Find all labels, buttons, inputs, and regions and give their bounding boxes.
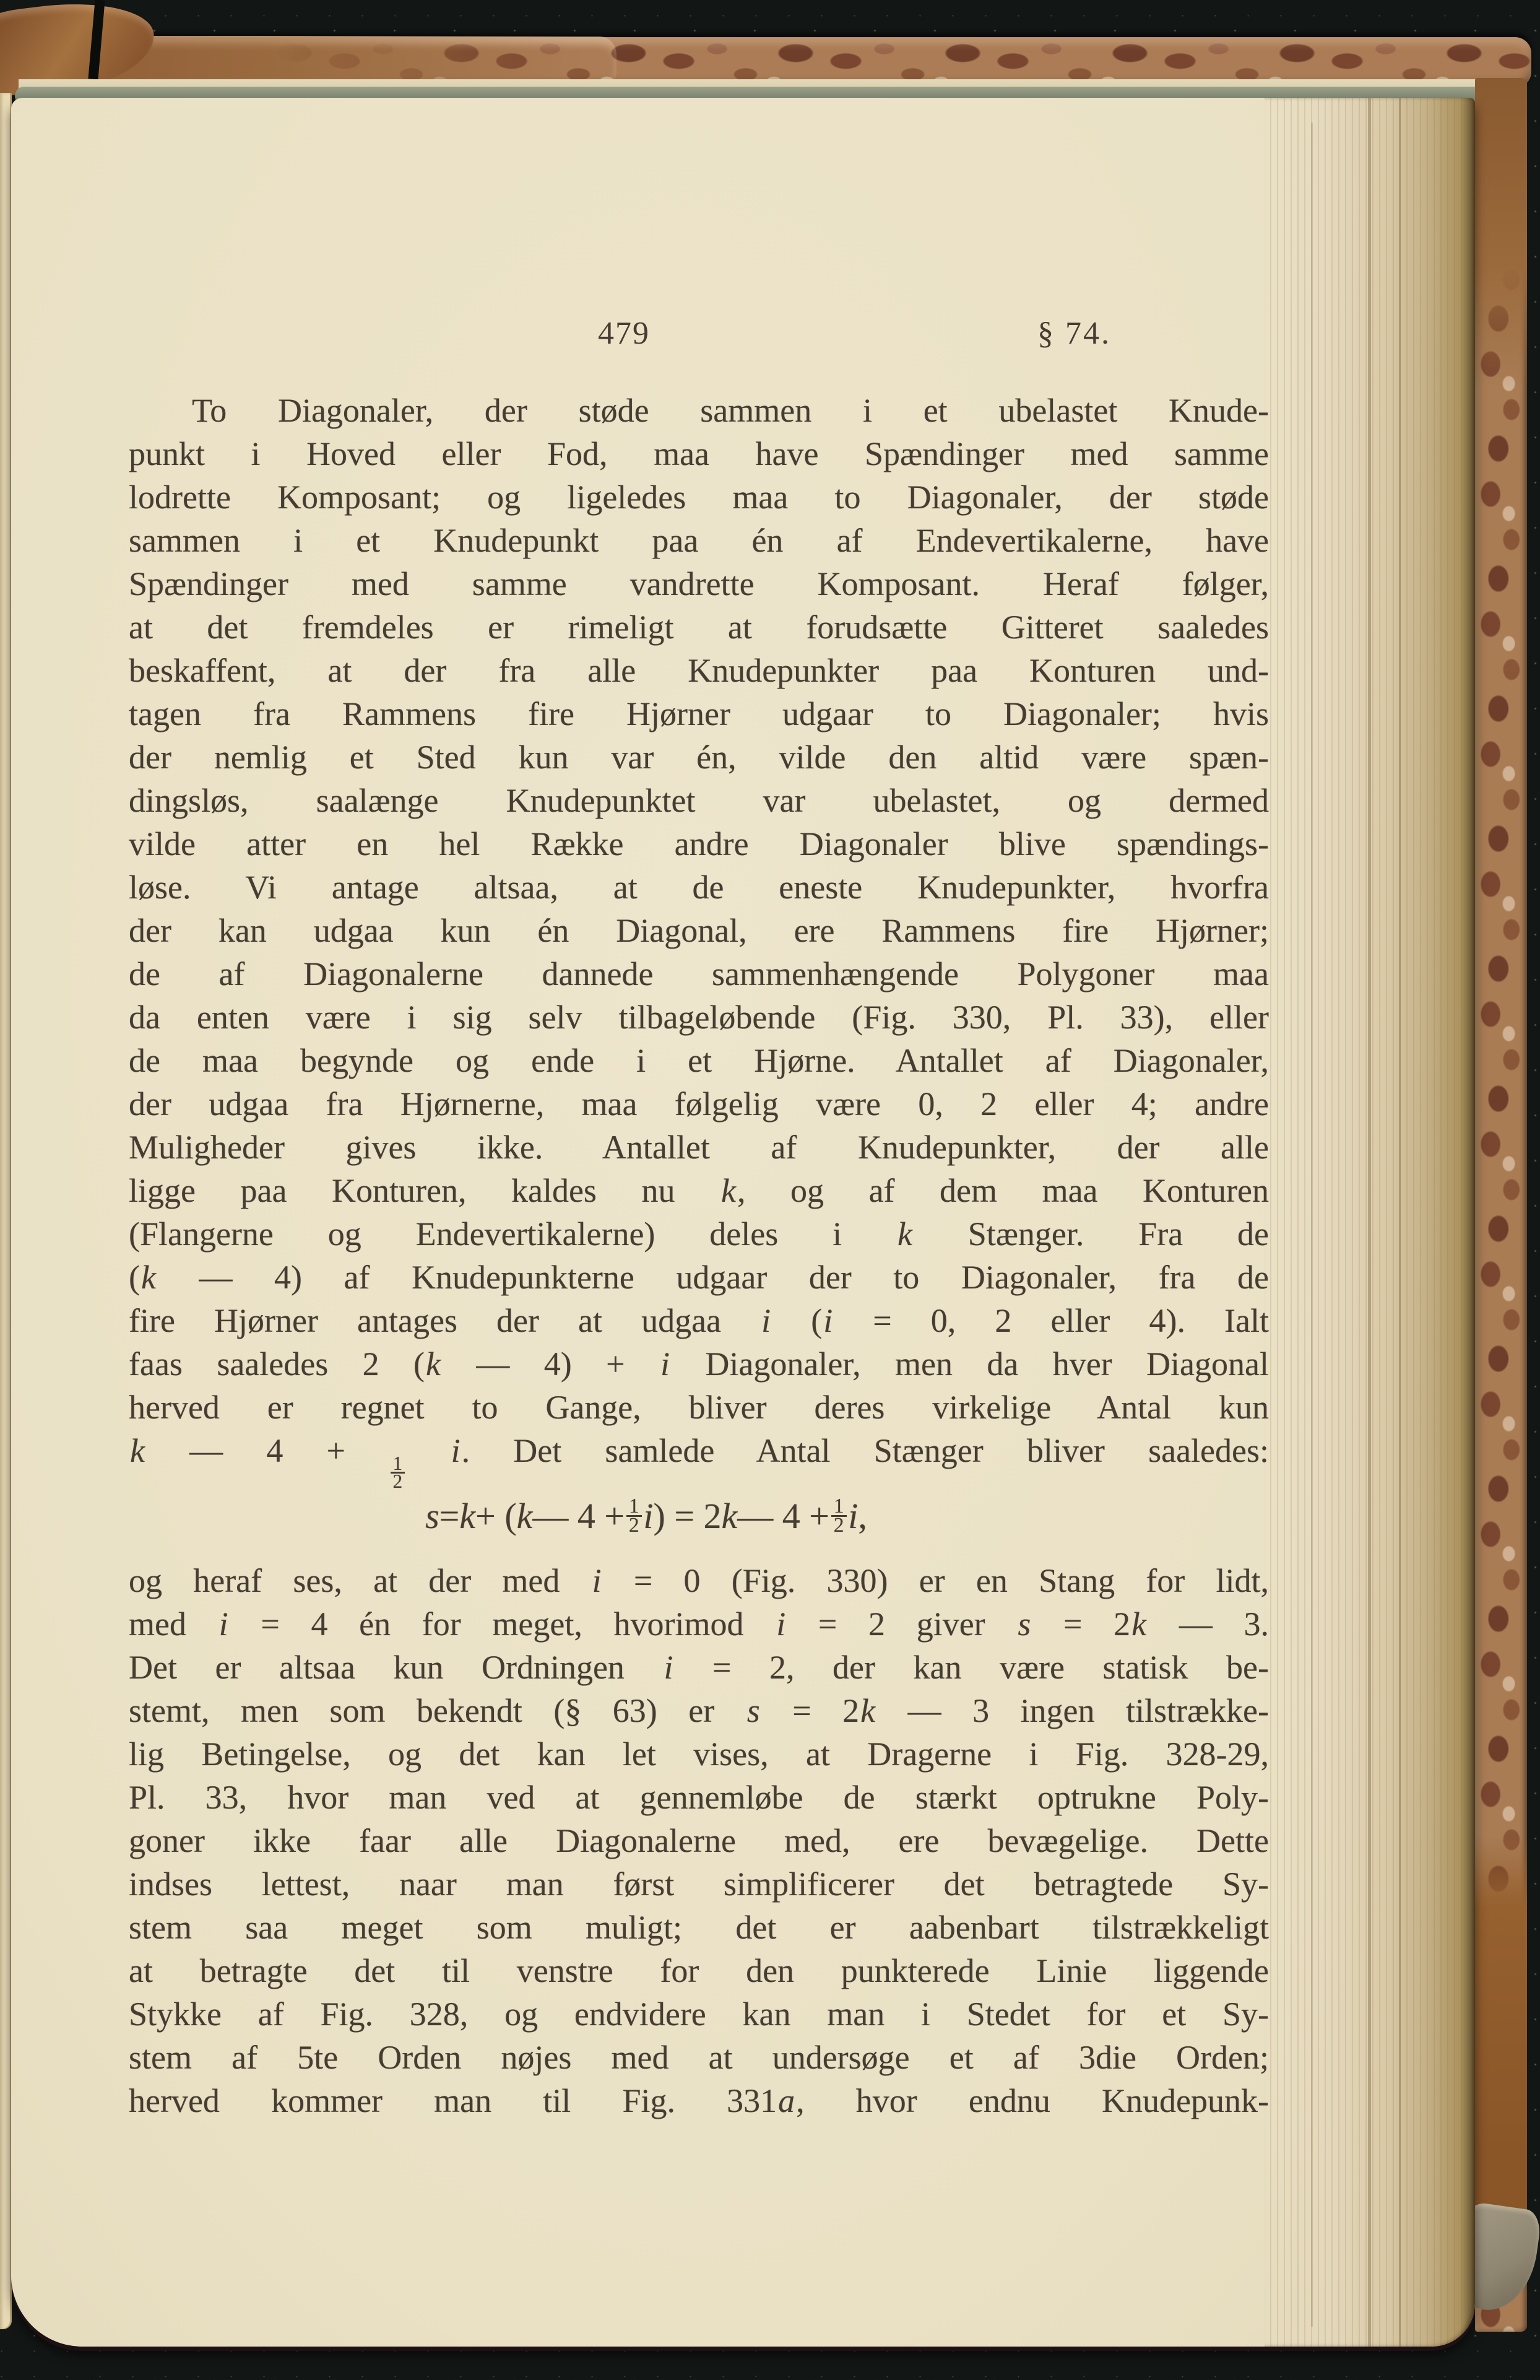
text-line: Muligheder gives ikke. Antallet af Knude… xyxy=(129,1126,1269,1169)
scanned-book-photo: 479 § 74. To Diagonaler, der støde samme… xyxy=(0,0,1540,2380)
text-line: Det er altsaa kun Ordningen i = 2, der k… xyxy=(129,1646,1269,1689)
text-line: sammen i et Knudepunkt paa én af Endever… xyxy=(129,519,1269,562)
book-page: 479 § 74. To Diagonaler, der støde samme… xyxy=(11,98,1475,2347)
text-line: (Flangerne og Endevertikalerne) deles i … xyxy=(129,1212,1269,1256)
cover-fore-edge-bottom-leather xyxy=(1475,1836,1527,2233)
text-line: To Diagonaler, der støde sammen i et ube… xyxy=(129,389,1269,432)
text-line: beskaffent, at der fra alle Knudepunkter… xyxy=(129,649,1269,692)
formula: s = k + (k — 4 + 12 i) = 2k — 4 + 12 i, xyxy=(129,1481,1269,1550)
text-line: indses lettest, naar man først simplific… xyxy=(129,1862,1269,1906)
cover-fore-edge xyxy=(1475,78,1527,2332)
page-stack-line xyxy=(1368,98,1371,2347)
text-line: der nemlig et Sted kun var én, vilde den… xyxy=(129,736,1269,779)
text-line: de maa begynde og ende i et Hjørne. Anta… xyxy=(129,1039,1269,1082)
text-line: punkt i Hoved eller Fod, maa have Spændi… xyxy=(129,432,1269,476)
page-stack-line xyxy=(1311,123,1313,2327)
page-number: 479 xyxy=(598,316,650,352)
text-line: med i = 4 én for meget, hvorimod i = 2 g… xyxy=(129,1602,1269,1646)
facing-page-edge xyxy=(0,93,12,2329)
page-stack-line xyxy=(1399,98,1401,2347)
paragraph: og heraf ses, at der med i = 0 (Fig. 330… xyxy=(129,1559,1269,2122)
text-line: at betragte det til venstre for den punk… xyxy=(129,1949,1269,1992)
section-label: § 74. xyxy=(1037,316,1111,352)
body-text: To Diagonaler, der støde sammen i et ube… xyxy=(129,389,1269,2122)
text-line: fire Hjørner antages der at udgaa i (i =… xyxy=(129,1299,1269,1342)
text-line: faas saaledes 2 (k — 4) + i Diagonaler, … xyxy=(129,1342,1269,1386)
text-line: Stykke af Fig. 328, og endvidere kan man… xyxy=(129,1992,1269,2036)
text-line: Pl. 33, hvor man ved at gennemløbe de st… xyxy=(129,1776,1269,1819)
page-stack-fore-edge xyxy=(1265,98,1475,2347)
text-line: og heraf ses, at der med i = 0 (Fig. 330… xyxy=(129,1559,1269,1602)
text-line: Spændinger med samme vandrette Komposant… xyxy=(129,562,1269,606)
text-line: vilde atter en hel Række andre Diagonale… xyxy=(129,822,1269,866)
text-line: lodrette Komposant; og ligeledes maa to … xyxy=(129,476,1269,519)
text-line: stem saa meget som muligt; det er aabenb… xyxy=(129,1906,1269,1949)
text-line: stemt, men som bekendt (§ 63) er s = 2k … xyxy=(129,1689,1269,1732)
text-line: tagen fra Rammens fire Hjørner udgaar to… xyxy=(129,692,1269,736)
text-line: der udgaa fra Hjørnerne, maa følgelig væ… xyxy=(129,1082,1269,1126)
text-line: goner ikke faar alle Diagonalerne med, e… xyxy=(129,1819,1269,1862)
text-line: stem af 5te Orden nøjes med at undersøge… xyxy=(129,2036,1269,2079)
text-line: herved er regnet to Gange, bliver deres … xyxy=(129,1386,1269,1429)
text-line: at det fremdeles er rimeligt at forudsæt… xyxy=(129,606,1269,649)
text-line: dingsløs, saalænge Knudepunktet var ubel… xyxy=(129,779,1269,822)
text-line: k — 4 + 12 i. Det samlede Antal Stænger … xyxy=(129,1429,1269,1472)
text-line: der kan udgaa kun én Diagonal, ere Ramme… xyxy=(129,909,1269,952)
text-line: herved kommer man til Fig. 331a, hvor en… xyxy=(129,2079,1269,2122)
text-line: da enten være i sig selv tilbageløbende … xyxy=(129,996,1269,1039)
cover-fore-edge-top-leather xyxy=(1475,78,1527,388)
text-line: ligge paa Konturen, kaldes nu k, og af d… xyxy=(129,1169,1269,1212)
text-line: (k — 4) af Knudepunkterne udgaar der to … xyxy=(129,1256,1269,1299)
text-line: de af Diagonalerne dannede sammenhængend… xyxy=(129,952,1269,996)
printed-text-area: 479 § 74. To Diagonaler, der støde samme… xyxy=(129,98,1269,2122)
page-header: 479 § 74. xyxy=(129,316,1269,352)
text-line: løse. Vi antage altsaa, at de eneste Knu… xyxy=(129,866,1269,909)
paragraph: To Diagonaler, der støde sammen i et ube… xyxy=(129,389,1269,1472)
text-line: lig Betingelse, og det kan let vises, at… xyxy=(129,1732,1269,1776)
